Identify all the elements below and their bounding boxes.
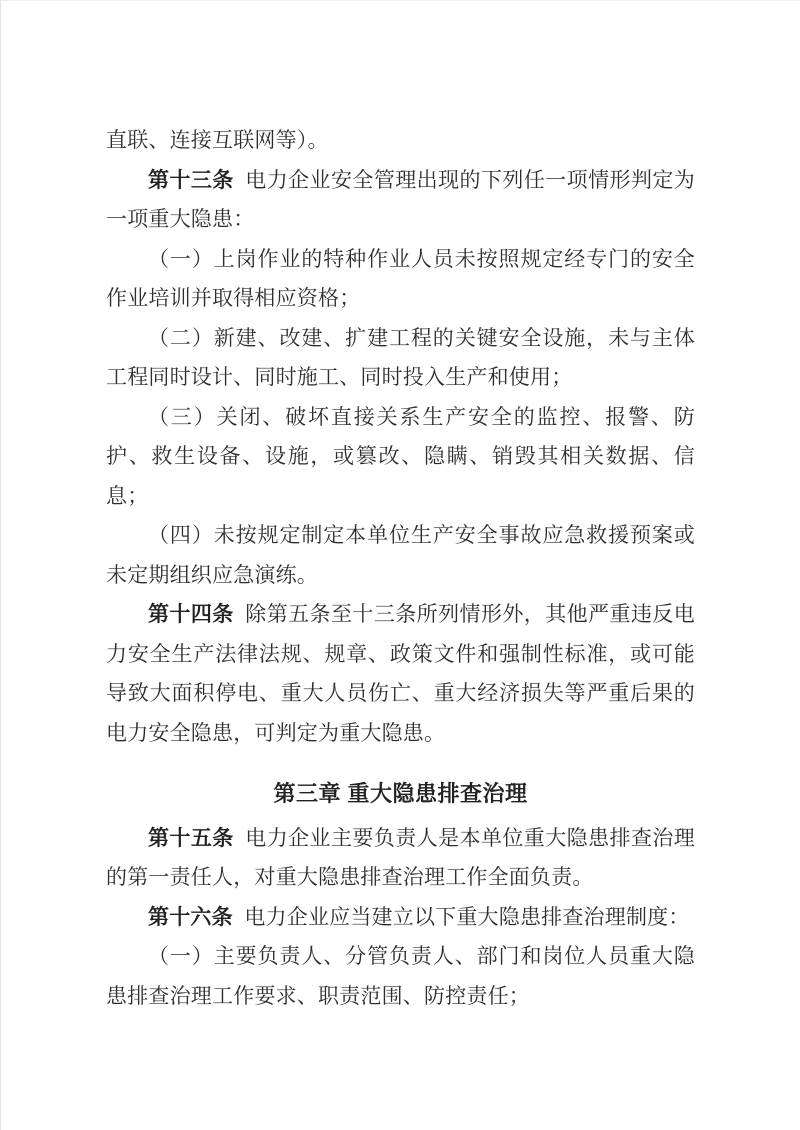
paragraph-item-3: （三）关闭、破坏直接关系生产安全的监控、报警、防护、救生设备、设施，或篡改、隐瞒… bbox=[106, 398, 695, 517]
paragraph-text: （三）关闭、破坏直接关系生产安全的监控、报警、防护、救生设备、设施，或篡改、隐瞒… bbox=[106, 405, 695, 508]
paragraph-item-1: （一）上岗作业的特种作业人员未按照规定经专门的安全作业培训并取得相应资格； bbox=[106, 240, 695, 319]
article-number: 第十五条 bbox=[148, 827, 234, 850]
paragraph-text: 电力企业应当建立以下重大隐患排查治理制度： bbox=[244, 905, 689, 929]
paragraph-article-14: 第十四条除第五条至十三条所列情形外，其他严重违反电力安全生产法律法规、规章、政策… bbox=[106, 595, 695, 753]
article-number: 第十六条 bbox=[148, 906, 233, 929]
article-number: 第十四条 bbox=[148, 603, 234, 626]
paragraph-article-16: 第十六条电力企业应当建立以下重大隐患排查治理制度： bbox=[106, 898, 695, 938]
paragraph-item-4: （四）未按规定制定本单位生产安全事故应急救援预案或未定期组织应急演练。 bbox=[106, 516, 695, 595]
paragraph-article-15: 第十五条电力企业主要负责人是本单位重大隐患排查治理的第一责任人，对重大隐患排查治… bbox=[106, 819, 695, 898]
paragraph-text: （一）主要负责人、分管负责人、部门和岗位人员重大隐患排查治理工作要求、职责范围、… bbox=[106, 944, 695, 1008]
paragraph-article-13: 第十三条电力企业安全管理出现的下列任一项情形判定为一项重大隐患： bbox=[106, 161, 695, 240]
document-page: 直联、连接互联网等）。 第十三条电力企业安全管理出现的下列任一项情形判定为一项重… bbox=[0, 0, 800, 1130]
paragraph-text: 直联、连接互联网等）。 bbox=[106, 128, 329, 152]
paragraph-item-5: （一）主要负责人、分管负责人、部门和岗位人员重大隐患排查治理工作要求、职责范围、… bbox=[106, 937, 695, 1016]
paragraph-text: （一）上岗作业的特种作业人员未按照规定经专门的安全作业培训并取得相应资格； bbox=[106, 247, 695, 311]
paragraph-text: （四）未按规定制定本单位生产安全事故应急救援预案或未定期组织应急演练。 bbox=[106, 523, 695, 587]
paragraph-text: （二）新建、改建、扩建工程的关键安全设施，未与主体工程同时设计、同时施工、同时投… bbox=[106, 326, 695, 390]
chapter-heading: 第三章 重大隐患排查治理 bbox=[106, 774, 695, 814]
article-number: 第十三条 bbox=[148, 169, 234, 192]
paragraph-item-2: （二）新建、改建、扩建工程的关键安全设施，未与主体工程同时设计、同时施工、同时投… bbox=[106, 319, 695, 398]
paragraph-continuation: 直联、连接互联网等）。 bbox=[106, 121, 695, 161]
